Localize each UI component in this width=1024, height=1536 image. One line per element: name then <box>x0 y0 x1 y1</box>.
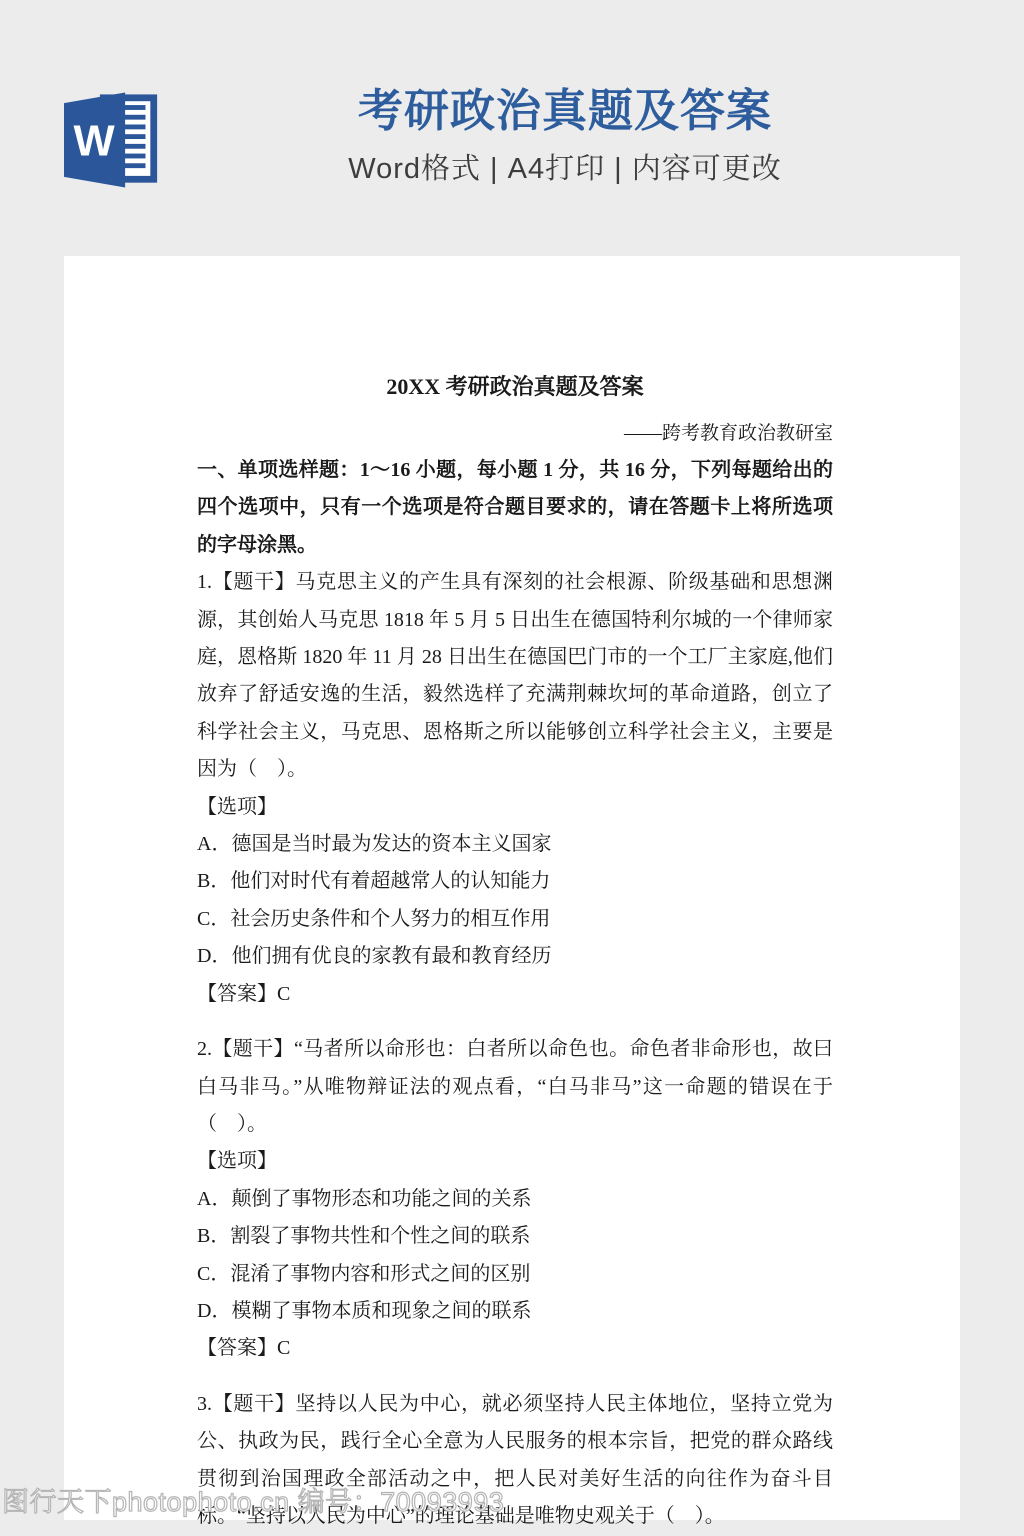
question-block: 2.【题干】“马者所以命形也：白者所以命色也。命色者非命形也，故曰白马非马。”从… <box>197 1031 833 1368</box>
options-label: 【选项】 <box>197 1143 833 1180</box>
answer-line: 【答案】C <box>197 1330 833 1367</box>
section-heading: 一、单项选样题：1～16 小题，每小题 1 分，共 16 分，下列每题给出的四个… <box>197 452 833 564</box>
answer-line: 【答案】C <box>197 976 833 1013</box>
option-item: B．割裂了事物共性和个性之间的联系 <box>197 1218 833 1255</box>
option-item: C．混淆了事物内容和形式之间的区别 <box>197 1256 833 1293</box>
option-item: D．他们拥有优良的家教有最和教育经历 <box>197 938 833 975</box>
option-item: B．他们对时代有着超越常人的认知能力 <box>197 863 833 900</box>
question-stem: 2.【题干】“马者所以命形也：白者所以命色也。命色者非命形也，故曰白马非马。”从… <box>197 1031 833 1143</box>
question-block: 1.【题干】马克思主义的产生具有深刻的社会根源、阶级基础和思想渊源，其创始人马克… <box>197 564 833 1013</box>
document-content: 20XX 考研政治真题及答案 ——跨考教育政治教研室 一、单项选样题：1～16 … <box>197 256 833 1535</box>
option-item: C．社会历史条件和个人努力的相互作用 <box>197 901 833 938</box>
document-page: 20XX 考研政治真题及答案 ——跨考教育政治教研室 一、单项选样题：1～16 … <box>64 256 960 1520</box>
word-logo-icon: W <box>64 90 161 190</box>
header-title: 考研政治真题及答案 <box>160 84 970 138</box>
question-list: 1.【题干】马克思主义的产生具有深刻的社会根源、阶级基础和思想渊源，其创始人马克… <box>197 564 833 1535</box>
question-stem: 1.【题干】马克思主义的产生具有深刻的社会根源、阶级基础和思想渊源，其创始人马克… <box>197 564 833 788</box>
word-template-preview: W 考研政治真题及答案 Word格式 | A4打印 | 内容可更改 20XX 考… <box>0 0 1024 1536</box>
option-item: A．颠倒了事物形态和功能之间的关系 <box>197 1181 833 1218</box>
options-label: 【选项】 <box>197 789 833 826</box>
header-subtitle: Word格式 | A4打印 | 内容可更改 <box>160 152 970 186</box>
option-item: D．模糊了事物本质和现象之间的联系 <box>197 1293 833 1330</box>
header-text: 考研政治真题及答案 Word格式 | A4打印 | 内容可更改 <box>160 84 970 186</box>
document-title: 20XX 考研政治真题及答案 <box>197 371 833 402</box>
option-item: A．德国是当时最为发达的资本主义国家 <box>197 826 833 863</box>
word-icon-letter: W <box>73 117 115 166</box>
watermark: 图行天下photophoto.cn 编号：70093993 <box>2 1487 504 1517</box>
document-byline: ——跨考教育政治教研室 <box>197 415 833 452</box>
